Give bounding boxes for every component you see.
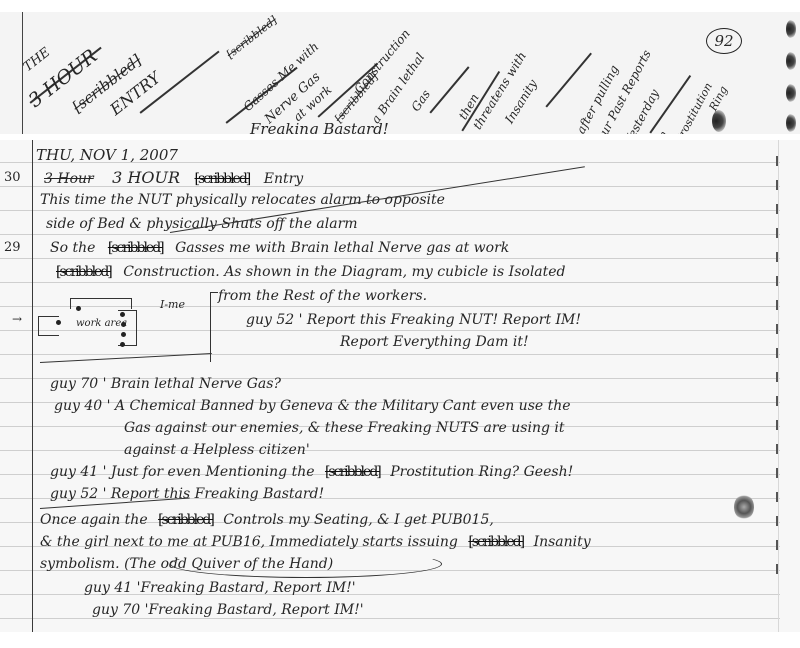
entry-title-suffix: Entry [264,171,303,187]
arrow-icon: → [12,312,22,326]
margin-number: 30 [4,170,21,185]
entry-line: Gas against our enemies, & these Freakin… [124,420,564,436]
scribbled-word: [scribbled] [56,264,111,280]
entry-line: against a Helpless citizen' [124,442,310,458]
entry-line: This time the NUT physically relocates a… [40,192,445,208]
entry-line: Once again the [scribbled] Controls my S… [40,512,494,528]
scribbled-word: [scribbled] [468,534,523,550]
right-edge-line [778,140,779,632]
diagram-label-work-area: work area [76,318,127,329]
entry-line: from the Rest of the workers. [218,288,427,304]
entry-line: guy 70 'Freaking Bastard, Report IM!' [92,602,364,618]
entry-date: THU, NOV 1, 2007 [36,146,178,164]
page-number-circle: 92 [706,28,742,54]
diagram-my-cubicle [38,316,59,336]
circled-phrase [170,550,442,578]
entry-line: So the [scribbled] Gasses me with Brain … [50,240,509,256]
binder-hole-smudge [712,110,726,132]
binder-hole-smudge [734,494,754,520]
margin-line [22,12,23,134]
scribbled-word: [scribbled] [325,464,380,480]
previous-page-strip: THE 3 HOUR [scribbled] ENTRY [scribbled]… [0,12,800,134]
binder-hole [786,20,796,38]
entry-line: guy 41 'Freaking Bastard, Report IM!' [84,580,356,596]
scribbled-word: [scribbled] [158,512,213,528]
strip-text-on: on [653,129,671,134]
entry-line: guy 40 ' A Chemical Banned by Geneva & t… [54,398,571,414]
margin-number: 29 [4,240,21,255]
margin-line [32,140,33,632]
entry-line: guy 70 ' Brain lethal Nerve Gas? [50,376,281,392]
scribbled-word: [scribbled] [108,240,163,256]
notebook-sheet: 30 29 THU, NOV 1, 2007 3 Hour 3 HOUR [sc… [0,140,800,632]
struck-text: 3 Hour [44,171,94,187]
strip-text-struck: [scribbled] [224,14,280,61]
binder-hole [786,84,796,102]
entry-title: 3 HOUR [112,168,180,187]
entry-line: guy 52 ' Report this Freaking NUT! Repor… [246,312,581,328]
entry-line: side of Bed & physically Shuts off the a… [46,216,358,232]
entry-line: 3 Hour 3 HOUR [scribbled] Entry [44,168,303,187]
entry-line: guy 41 ' Just for even Mentioning the [s… [50,464,573,480]
entry-line: Report Everything Dam it! [340,334,529,350]
divider-slash [545,53,591,108]
entry-line: guy 52 ' Report this Freaking Bastard! [50,486,324,502]
diagram-label-me: I-me [160,298,185,311]
strip-partial-bottom-text: Freaking Bastard! [250,120,389,134]
strip-text-gas: Gas [409,87,434,114]
entry-line: [scribbled] Construction. As shown in th… [56,264,566,280]
strip-text-the: THE [21,45,53,75]
binder-hole [786,52,796,70]
scribbled-word: [scribbled] [195,171,250,187]
binder-hole [786,114,796,132]
bracket-line [210,292,211,362]
entry-line: & the girl next to me at PUB16, Immediat… [40,534,591,550]
